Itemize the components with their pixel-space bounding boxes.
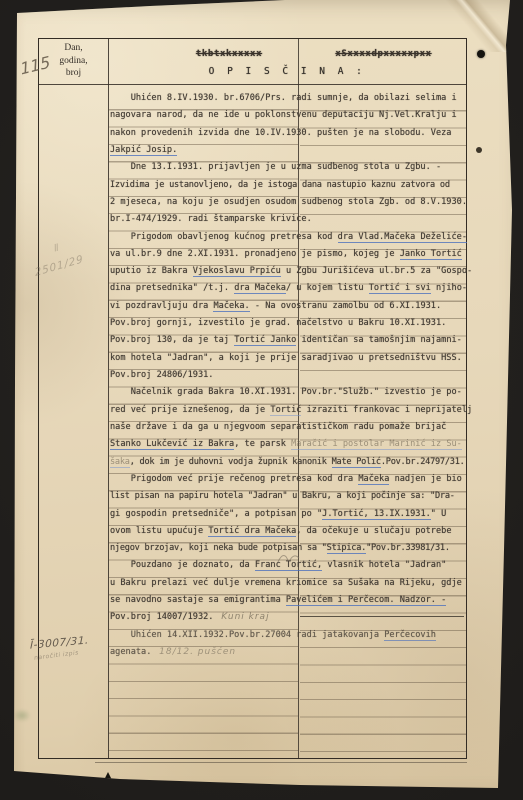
typewritten-text: "Pov.br.33981/31. <box>366 543 450 553</box>
typewritten-text: Izvidima je ustanovljeno, da je istoga d… <box>110 180 450 190</box>
typewritten-text: vi pozdravljuju dra <box>110 301 213 311</box>
typewritten-line: dina pretsednika" /t.j. dra Mačeka/ u ko… <box>110 283 466 300</box>
underlined-phrase: Tortić i svi <box>369 283 431 294</box>
typewritten-text: Prigodom već prije rečenog pretresa kod … <box>110 474 358 484</box>
underlined-phrase: Perčecovih <box>384 630 436 641</box>
typewritten-text: nagovara narod, da ne ide u poklonstvenu… <box>110 110 457 120</box>
typewritten-text: gi gospodin pretsedniče", a potpisan po … <box>110 509 322 519</box>
typewritten-line: Načelnik grada Bakra 10.XI.1931. Pov.br.… <box>110 387 466 404</box>
typewritten-text: Pov.broj 24806/1931. <box>110 370 213 380</box>
typewritten-line: va ul.br.9 dne 2.XI.1931. pronadjeno je … <box>110 249 466 266</box>
photo-background: Dan, godina, broj tkbtxkxxxxx xSxxxxdpxx… <box>0 0 523 800</box>
typewritten-line: Uhićen 14.XII.1932.Pov.br.27004 radi jat… <box>110 630 466 647</box>
typewritten-text: nadjen je bio <box>389 474 461 484</box>
struck-out-header-right: xSxxxxdpxxxxxpxx <box>306 49 461 59</box>
typewritten-text: .Pov.br.24797/31. <box>381 457 465 467</box>
typewritten-text: list pisan na papiru hotela "Jadran" u B… <box>110 491 455 501</box>
typewritten-text: , dok im je duhovni vodja župnik kanonik <box>130 457 332 467</box>
underlined-phrase: Tortić <box>270 405 301 416</box>
typewritten-text: nakon provedenih izvida dne 10.IV.1930. … <box>110 128 451 138</box>
typewritten-text: br.I-474/1929. radi štamparske krivice. <box>110 214 312 224</box>
typewritten-line: Pov.broj 14007/1932. Kuni kraj <box>110 612 466 629</box>
typewritten-text: " U <box>431 509 447 519</box>
typewritten-line: Prigodom obavljenog kućnog pretresa kod … <box>110 232 466 249</box>
hole-punch <box>477 50 485 58</box>
typewritten-line: Uhićen 8.IV.1930. br.6706/Prs. radi sumn… <box>110 93 466 110</box>
typewritten-line: nagovara narod, da ne ide u poklonstvenu… <box>110 110 466 127</box>
underlined-phrase: Stanko Lukčević iz Bakra <box>110 439 234 450</box>
underlined-phrase: Vjekoslavu Prpiću <box>193 266 281 277</box>
typewritten-line: naše države i da ga u njegvoom separatis… <box>110 422 466 439</box>
typewritten-text: - Na ovostranu zamolbu od 6.XI.1931. <box>250 301 441 311</box>
typewritten-line: vi pozdravljuju dra Mačeka. - Na ovostra… <box>110 301 466 318</box>
typewritten-text: Pov.broj 14007/1932. <box>110 612 213 622</box>
underlined-phrase: J.Tortić, 13.IX.1931. <box>322 509 431 520</box>
typewritten-text: red već prije iznešenog, da je <box>110 405 270 415</box>
underlined-phrase: šaka <box>110 457 130 468</box>
underlined-phrase: dra Vlad.Mačeka Deželiće- <box>338 232 467 243</box>
typewritten-text: va ul.br.9 dne 2.XI.1931. pronadjeno je … <box>110 249 400 259</box>
typewritten-line: br.I-474/1929. radi štamparske krivice. <box>110 214 466 231</box>
typewritten-text: identičan sa tamošnjim najamni- <box>296 335 462 345</box>
typewritten-line: Prigodom već prije rečenog pretresa kod … <box>110 474 466 491</box>
typewritten-text: njiho- <box>431 283 467 293</box>
typewritten-text: Uhićen 14.XII.1932.Pov.br.27004 radi jat… <box>110 630 384 640</box>
typewritten-line: Dne 13.I.1931. prijavljen je u uzma sudb… <box>110 162 466 179</box>
typewritten-line: se navodno sastaje sa emigrantima Paveli… <box>110 595 466 612</box>
underlined-phrase: Jakpić Josip. <box>110 145 177 156</box>
typewritten-text: Uhićen 8.IV.1930. br.6706/Prs. radi sumn… <box>110 93 457 103</box>
typewritten-line: kom hotela "Jadran", a koji je prije sar… <box>110 353 466 370</box>
typewritten-line: Jakpić Josip. <box>110 145 466 162</box>
underlined-phrase: Mačeka <box>358 474 389 485</box>
typewritten-text: , da očekuje u slučaju potrebe <box>296 526 451 536</box>
typewritten-text: kom hotela "Jadran", a koji je prije sar… <box>110 353 462 363</box>
typewritten-text: Načelnik grada Bakra 10.XI.1931. Pov.br.… <box>110 387 462 397</box>
section-title-opis-cina: O P I S Č I N A : <box>108 66 466 77</box>
underlined-phrase: Stipica. <box>327 543 366 554</box>
underlined-phrase: Mačeka. <box>213 301 249 312</box>
typewritten-text: u Zgbu Jurišićeva ul.br.5 za "Gospo- <box>281 266 472 276</box>
typewritten-line: nakon provedenih izvida dne 10.IV.1930. … <box>110 128 466 145</box>
underlined-phrase: Maračić i postolar Marinić iz Su- <box>291 439 462 450</box>
underlined-phrase: Mate Polić <box>332 457 381 468</box>
typewritten-text: u Bakru prelazi već dulje vremena kriomi… <box>110 578 462 588</box>
ink-dot-mark <box>476 147 482 153</box>
typewritten-line: gi gospodin pretsedniče", a potpisan po … <box>110 509 466 526</box>
typewritten-line: uputio iz Bakra Vjekoslavu Prpiću u Zgbu… <box>110 266 466 283</box>
underlined-phrase: dra Mačeka <box>234 283 286 294</box>
handwritten-note: 18/12. pušćen <box>151 647 236 657</box>
typewritten-line: red već prije iznešenog, da je Tortić iz… <box>110 405 466 422</box>
typewritten-text: Pov.broj gornji, izvestilo je grad. nače… <box>110 318 446 328</box>
typewritten-line: u Bakru prelazi već dulje vremena kriomi… <box>110 578 466 595</box>
typewritten-body: Uhićen 8.IV.1930. br.6706/Prs. radi sumn… <box>110 93 466 664</box>
typewritten-text: Prigodom obavljenog kućnog pretresa kod <box>110 232 338 242</box>
typewritten-text: Pov.broj 130, da je taj <box>110 335 234 345</box>
typewritten-line: list pisan na papiru hotela "Jadran" u B… <box>110 491 466 508</box>
typewritten-text: naše države i da ga u njegvoom separatis… <box>110 422 446 432</box>
underlined-phrase: Pavelićem i Perčecom. Nadzor. - <box>286 595 446 606</box>
document-page: Dan, godina, broj tkbtxkxxxxx xSxxxxdpxx… <box>0 0 523 800</box>
typewritten-line: agenata. 18/12. pušćen <box>110 647 466 664</box>
struck-out-header-left: tkbtxkxxxxx <box>160 49 298 59</box>
typewritten-text: ovom listu upućuje <box>110 526 208 536</box>
typewritten-text: Pouzdano je doznato, da <box>110 560 255 570</box>
column-header-line: Dan, <box>40 42 107 55</box>
underlined-phrase: Janko Tortić <box>400 249 462 260</box>
typewritten-text: dina pretsednika" /t.j. <box>110 283 234 293</box>
typewritten-text: , te parsk <box>234 439 291 449</box>
header-separator-line <box>38 84 467 85</box>
typewritten-text: vlasnik hotela "Jadran" <box>322 560 446 570</box>
typewritten-line: ovom listu upućuje Tortić dra Mačeka, da… <box>110 526 466 543</box>
typewritten-text: izraziti frankovac i neprijatelj <box>301 405 472 415</box>
typewritten-line: Pov.broj gornji, izvestilo je grad. nače… <box>110 318 466 335</box>
typewritten-line: Pov.broj 130, da je taj Tortić Janko ide… <box>110 335 466 352</box>
pencil-insertion-mark <box>276 550 304 565</box>
typewritten-line: Stanko Lukčević iz Bakra, te parsk Marač… <box>110 439 466 456</box>
typewritten-text: Dne 13.I.1931. prijavljen je u uzma sudb… <box>110 162 441 172</box>
typewritten-text: / u kojem listu <box>286 283 369 293</box>
bottom-double-line <box>95 762 467 763</box>
typewritten-line: šaka, dok im je duhovni vodja župnik kan… <box>110 457 466 474</box>
handwritten-note: Kuni kraj <box>213 612 269 622</box>
paper-tear-notch <box>103 772 113 782</box>
typewritten-line: 2 mjeseca, na koju je osudjen osudom sud… <box>110 197 466 214</box>
typewritten-line: Izvidima je ustanovljeno, da je istoga d… <box>110 180 466 197</box>
typewritten-line: Pov.broj 24806/1931. <box>110 370 466 387</box>
underlined-phrase: Tortić dra Mačeka <box>208 526 296 537</box>
ink-smudge <box>13 709 31 722</box>
underlined-phrase: Tortić Janko <box>234 335 296 346</box>
typewritten-text: agenata. <box>110 647 151 657</box>
typewritten-text: se navodno sastaje sa emigrantima <box>110 595 286 605</box>
typewritten-text: uputio iz Bakra <box>110 266 193 276</box>
typewritten-text: 2 mjeseca, na koju je osudjen osudom sud… <box>110 197 467 207</box>
